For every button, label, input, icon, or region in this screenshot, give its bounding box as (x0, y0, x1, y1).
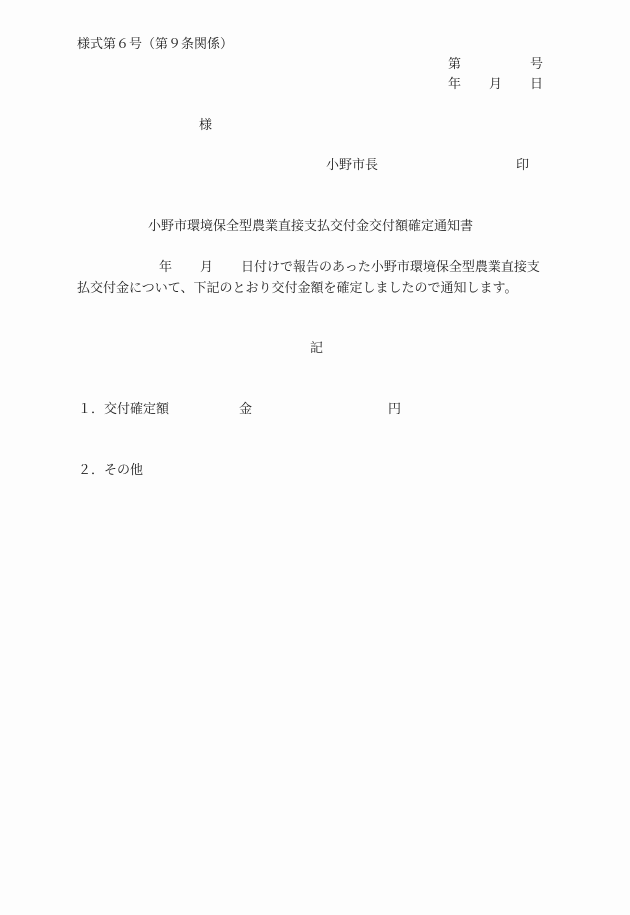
body-month: 月 (200, 260, 213, 276)
item-other-label: ２．その他 (78, 463, 143, 479)
doc-number-prefix: 第 (448, 57, 461, 73)
doc-number-suffix: 号 (530, 57, 543, 73)
date-year: 年 (448, 77, 461, 93)
body-line2: 払交付金について、下記のとおり交付金額を確定しましたので通知します。 (77, 281, 517, 297)
body-line1: 日付けで報告のあった小野市環境保全型農業直接支 (241, 260, 540, 276)
form-label: 様式第６号（第９条関係） (77, 37, 233, 53)
item-grant-amount-kin: 金 (239, 402, 252, 418)
ki-heading: 記 (310, 341, 323, 357)
item-grant-amount-yen: 円 (388, 402, 401, 418)
recipient-honorific: 様 (199, 118, 212, 134)
document-title: 小野市環境保全型農業直接支払交付金交付額確定通知書 (148, 219, 473, 235)
issuer-name: 小野市長 (326, 158, 378, 174)
issuer-seal: 印 (516, 158, 529, 174)
date-month: 月 (489, 77, 502, 93)
date-day: 日 (530, 77, 543, 93)
item-grant-amount-label: １．交付確定額 (78, 402, 169, 418)
body-year: 年 (159, 260, 172, 276)
